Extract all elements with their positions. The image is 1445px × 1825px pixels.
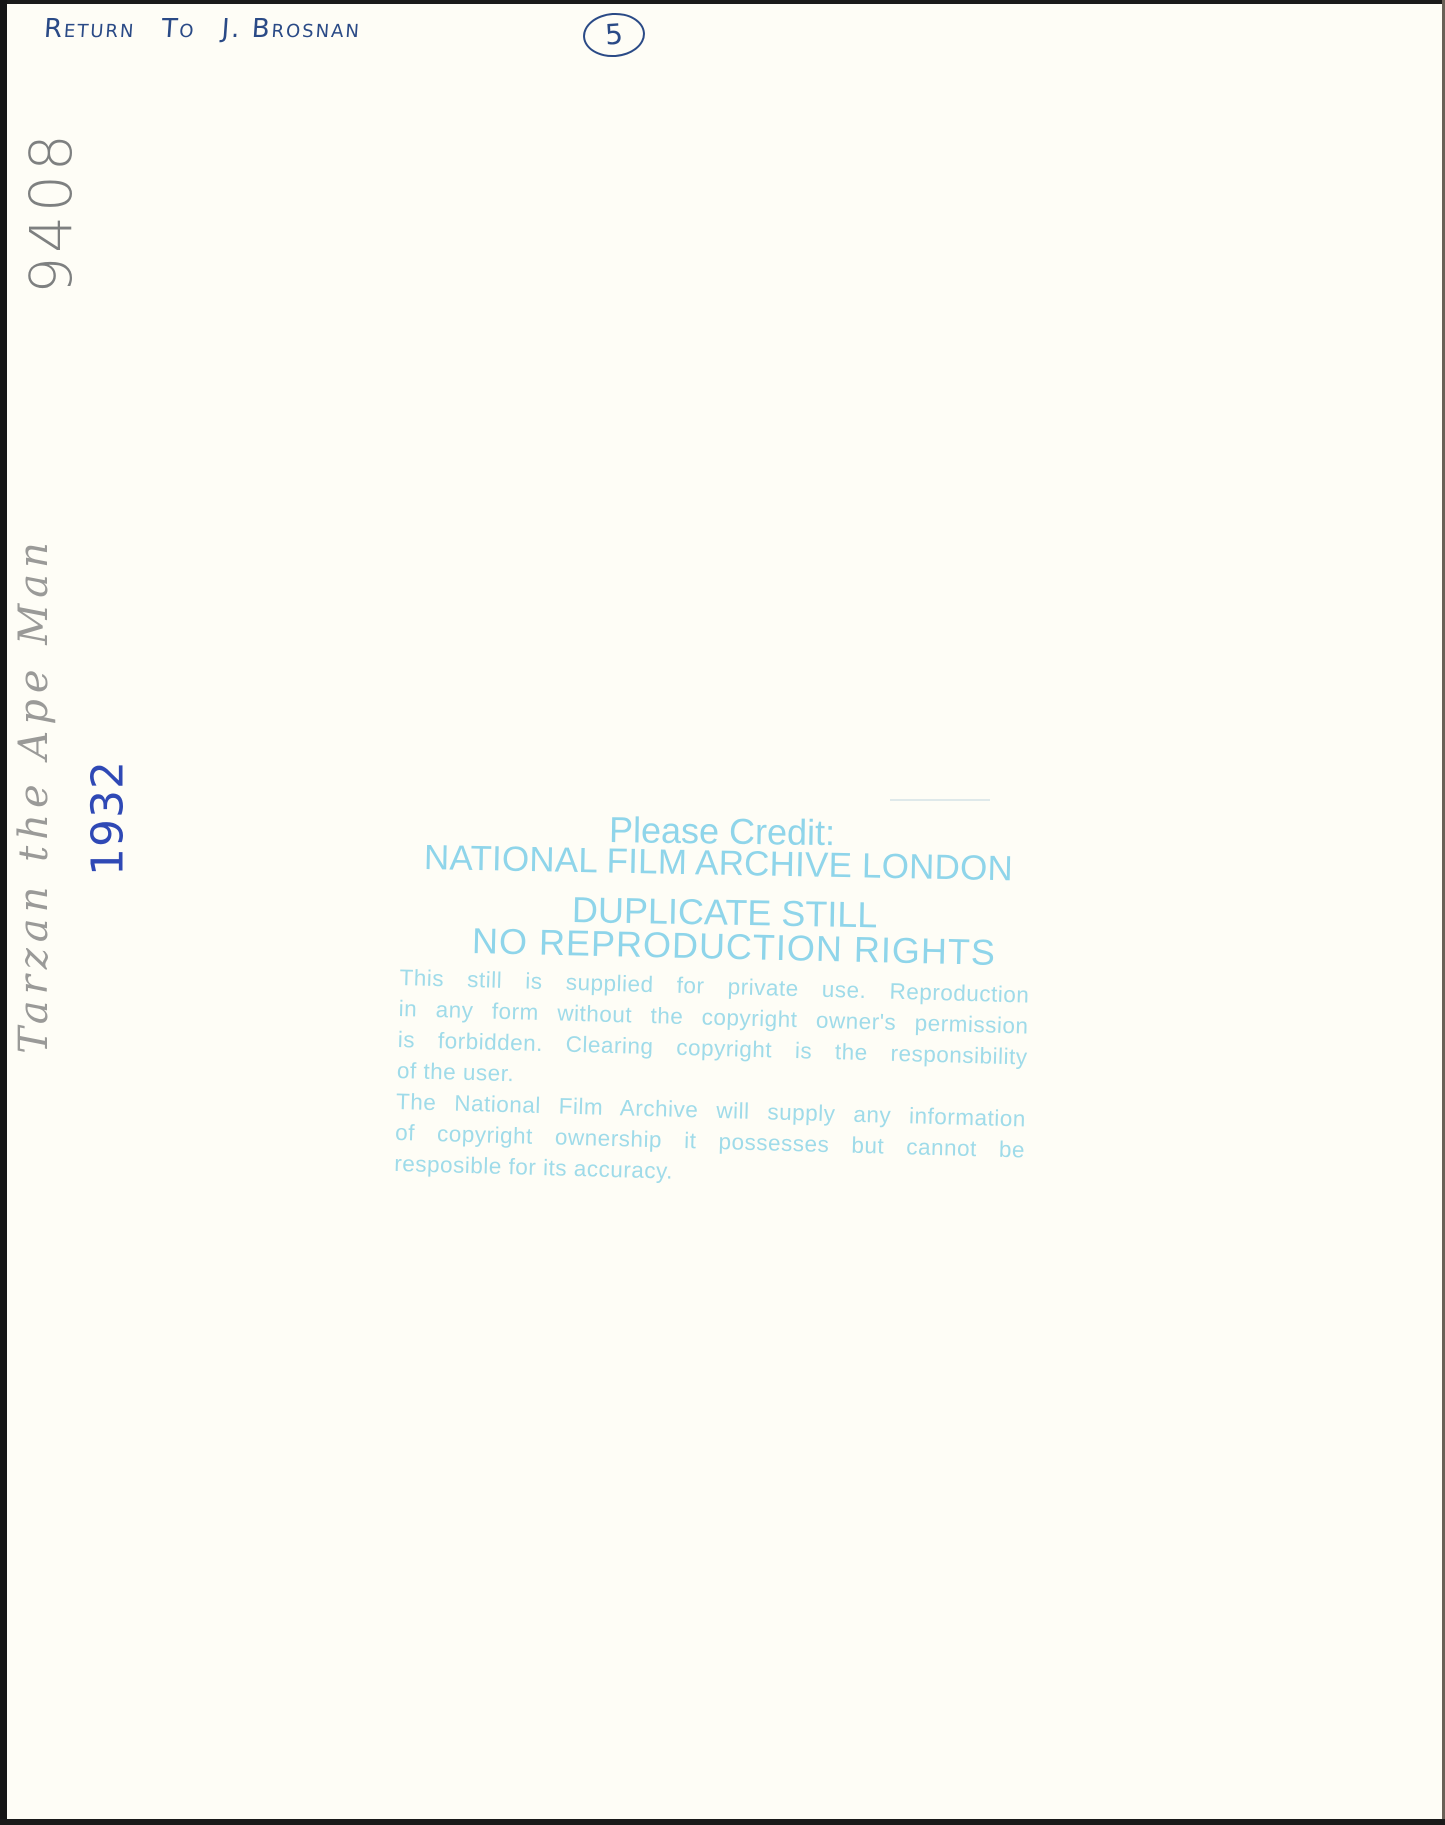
film-title-note: Tarzan the Ape Man [11,536,57,1054]
film-year-note: 1932 [83,760,134,876]
stamp-archive-name: NATIONAL FILM ARCHIVE LONDON [424,838,1014,889]
circled-page-number: 5 [582,11,647,59]
stamp-faint-rule [890,799,990,801]
scan-border-bottom [0,1819,1445,1825]
stamp-copyright-notice: This still is supplied for private use. … [394,962,1030,1197]
scan-border-left [0,0,7,1825]
return-to-note: ReturnToJ. Brosnan [43,14,362,44]
recipient-name: J. Brosnan [221,14,362,44]
to-word: To [161,14,197,44]
scan-border-top [0,0,1445,4]
return-word: Return [43,14,137,44]
reference-number: 9408 [17,130,85,294]
